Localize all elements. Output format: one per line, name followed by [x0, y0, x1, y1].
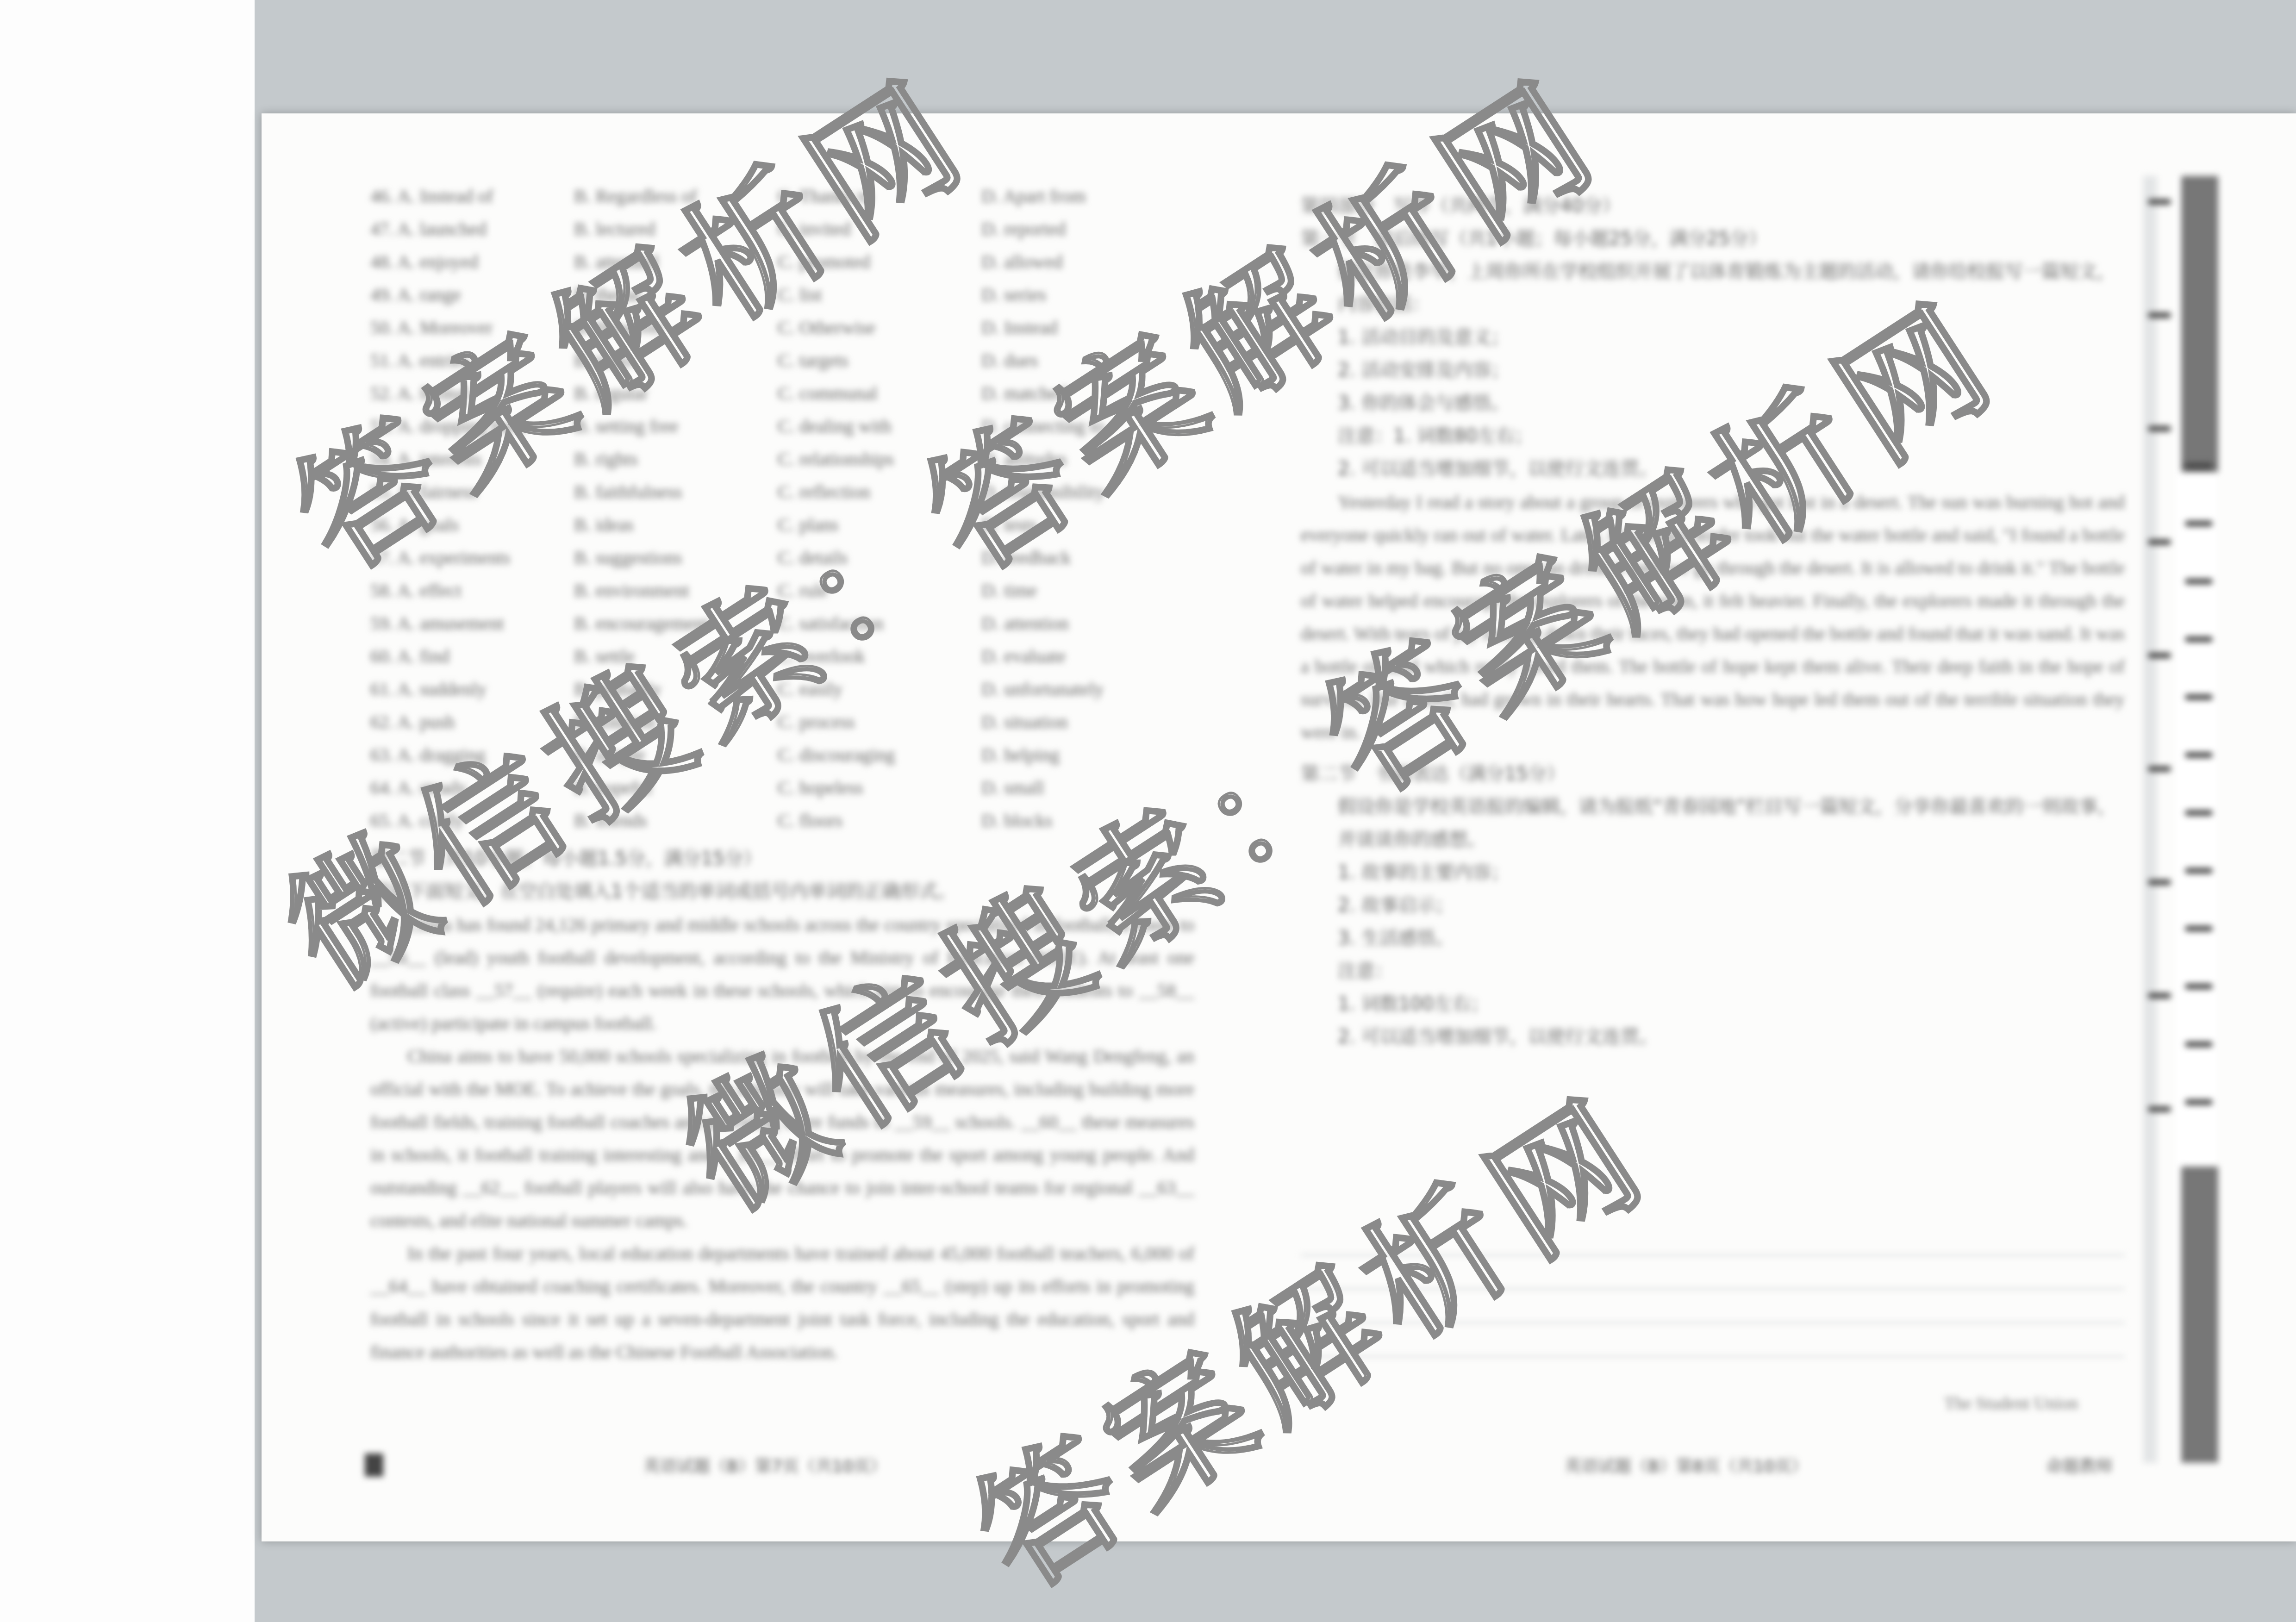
- option-cell: C. promoted: [778, 251, 981, 284]
- option-cell: 56. A. goals: [370, 514, 574, 547]
- option-cell: B. simple: [574, 744, 778, 777]
- option-row: 64. A. steadyB. hopefulC. hopelessD. sma…: [370, 777, 1194, 810]
- option-cell: C. communal: [778, 382, 981, 415]
- section2-instructions: 假设你是学校英语报的编辑，请为报纸“青春园地”栏目写一篇短文，分享你最喜欢的一则…: [1301, 791, 2125, 1054]
- option-cell: B. setting free: [574, 415, 778, 448]
- option-cell: D. responsibility: [981, 481, 1185, 514]
- section-instructions: 阅读下面短文，在空白处填入1个适当的单词或括号内单词的正确形式。: [370, 875, 1194, 908]
- option-cell: D. blocks: [981, 810, 1185, 842]
- instruction-line: 2. 可以适当增加细节，以使行文连贯。: [1301, 453, 2125, 486]
- strip-mark: [2185, 521, 2213, 526]
- option-cell: 49. A. range: [370, 284, 574, 317]
- option-cell: C. Otherwise: [778, 317, 981, 349]
- option-cell: 52. A. formal: [370, 382, 574, 415]
- strip-mark: [2148, 766, 2171, 772]
- option-cell: C. dealing with: [778, 415, 981, 448]
- option-cell: C. targets: [778, 349, 981, 382]
- strip-mark: [2185, 984, 2213, 989]
- strip-mark: [2185, 810, 2213, 816]
- option-cell: B. However: [574, 317, 778, 349]
- option-cell: D. dues: [981, 349, 1185, 382]
- section1-instructions: 假定你是李华，上周你所在学校组织开展了以体育锻炼为主题的活动，请你给校报写一篇短…: [1301, 256, 2125, 486]
- option-row: 50. A. MoreoverB. HoweverC. OtherwiseD. …: [370, 317, 1194, 349]
- option-cell: B. solution: [574, 711, 778, 744]
- strip-dark-bottom: [2181, 1167, 2218, 1463]
- option-cell: C. rule: [778, 580, 981, 612]
- option-cell: B. probably: [574, 678, 778, 711]
- options-table: 46. A. Instead ofB. Regardless ofC. Than…: [370, 185, 1194, 842]
- option-cell: D. attention: [981, 612, 1185, 645]
- passage-paragraph: China has found 24,126 primary and middl…: [370, 908, 1194, 1040]
- option-cell: B. lectured: [574, 218, 778, 251]
- strip-mark: [2185, 636, 2213, 642]
- signature: The Student Union: [1944, 1393, 2078, 1414]
- answer-lines: [1301, 1254, 2125, 1390]
- option-cell: B. faithfulness: [574, 481, 778, 514]
- option-row: 65. A. costlyB. friendsC. floorsD. block…: [370, 810, 1194, 842]
- option-cell: C. easily: [778, 678, 981, 711]
- section2-title: 第二节 书面表达（满分15分）: [1301, 758, 2125, 791]
- strip-mark: [2148, 993, 2171, 998]
- footer-left-page: 英语试题（B）第7页（共10页）: [643, 1454, 886, 1477]
- instruction-line: 3. 你的体会与感悟。: [1301, 387, 2125, 420]
- option-cell: 64. A. steady: [370, 777, 574, 810]
- option-cell: D. Instead: [981, 317, 1185, 349]
- option-cell: B. ideas: [574, 514, 778, 547]
- option-cell: C. hopeless: [778, 777, 981, 810]
- option-cell: 53. A. dropping back: [370, 415, 574, 448]
- option-row: 48. A. enjoyedB. attendedC. promotedD. a…: [370, 251, 1194, 284]
- strip-mark: [2148, 653, 2171, 658]
- option-cell: D. feedback: [981, 547, 1185, 580]
- option-cell: B. environment: [574, 580, 778, 612]
- option-cell: B. encouragement: [574, 612, 778, 645]
- option-cell: 65. A. costly: [370, 810, 574, 842]
- option-row: 53. A. dropping backB. setting freeC. de…: [370, 415, 1194, 448]
- passage: China has found 24,126 primary and middl…: [370, 908, 1194, 1368]
- option-row: 56. A. goalsB. ideasC. plansD. tests: [370, 514, 1194, 547]
- option-cell: D. allowed: [981, 251, 1185, 284]
- strip-mark: [2185, 868, 2213, 873]
- instruction-line: 1. 故事的主要内容；: [1301, 856, 2125, 889]
- option-cell: C. plans: [778, 514, 981, 547]
- footer-right-page: 英语试题（B）第8页（共10页）: [1565, 1454, 1808, 1477]
- option-row: 47. A. launchedB. lecturedC. invitedD. r…: [370, 218, 1194, 251]
- option-row: 58. A. effectB. environmentC. ruleD. tim…: [370, 580, 1194, 612]
- option-cell: B. regular: [574, 382, 778, 415]
- strip-mark: [2148, 539, 2171, 545]
- left-page-column: 46. A. Instead ofB. Regardless ofC. Than…: [370, 185, 1194, 1368]
- option-cell: C. Thanks to: [778, 185, 981, 218]
- instruction-line: 3. 生活感悟。: [1301, 922, 2125, 955]
- option-cell: D. tests: [981, 514, 1185, 547]
- option-cell: D. evaluate: [981, 645, 1185, 678]
- option-cell: 50. A. Moreover: [370, 317, 574, 349]
- option-row: 49. A. rangeB. themeC. listD. series: [370, 284, 1194, 317]
- option-cell: D. helping: [981, 744, 1185, 777]
- option-cell: 46. A. Instead of: [370, 185, 574, 218]
- option-cell: B. rights: [574, 448, 778, 481]
- instruction-line: 1. 活动目的及意义；: [1301, 321, 2125, 354]
- option-cell: D. small: [981, 777, 1185, 810]
- strip-mark: [2148, 199, 2171, 205]
- instruction-line: 注意：1. 词数80左右；: [1301, 420, 2125, 453]
- option-cell: 55. A. fairness: [370, 481, 574, 514]
- strip-mark: [2148, 1106, 2171, 1112]
- option-row: 63. A. draggingB. simpleC. discouragingD…: [370, 744, 1194, 777]
- strip-mark: [2185, 463, 2213, 468]
- binding-strip: [2143, 176, 2157, 1463]
- option-cell: C. list: [778, 284, 981, 317]
- instruction-line: 假设你是学校英语报的编辑，请为报纸“青春园地”栏目写一篇短文，分享你最喜欢的一则…: [1301, 791, 2125, 856]
- option-cell: C. reflection: [778, 481, 981, 514]
- option-cell: 54. A. interests: [370, 448, 574, 481]
- option-row: 57. A. experimentsB. suggestionsC. detai…: [370, 547, 1194, 580]
- strip-mark: [2185, 579, 2213, 584]
- option-cell: D. series: [981, 284, 1185, 317]
- option-cell: 60. A. find: [370, 645, 574, 678]
- option-cell: D. connecting to: [981, 415, 1185, 448]
- option-row: 59. A. amusementB. encouragementC. satis…: [370, 612, 1194, 645]
- passage-paragraph: China aims to have 50,000 schools specia…: [370, 1040, 1194, 1237]
- option-cell: D. situation: [981, 711, 1185, 744]
- instruction-line: 2. 可以适当增加细节，以使行文连贯。: [1301, 1021, 2125, 1054]
- footer-right-label: 命题教师: [2046, 1454, 2113, 1477]
- option-row: 60. A. findB. settleC. overlookD. evalua…: [370, 645, 1194, 678]
- option-cell: C. relationships: [778, 448, 981, 481]
- part-title: 第四部分 写作（共两节，满分40分）: [1301, 190, 2125, 223]
- option-cell: B. tasks: [574, 349, 778, 382]
- option-cell: 59. A. amusement: [370, 612, 574, 645]
- option-cell: D. reported: [981, 218, 1185, 251]
- instruction-line: 1. 词数100左右；: [1301, 988, 2125, 1021]
- section1-title: 第一节 读后续写（共1小题；每小题25分，满分25分）: [1301, 223, 2125, 256]
- option-cell: 47. A. launched: [370, 218, 574, 251]
- option-cell: C. overlook: [778, 645, 981, 678]
- option-row: 55. A. fairnessB. faithfulnessC. reflect…: [370, 481, 1194, 514]
- option-cell: C. details: [778, 547, 981, 580]
- option-row: 61. A. suddenlyB. probablyC. easilyD. un…: [370, 678, 1194, 711]
- option-cell: D. Apart from: [981, 185, 1185, 218]
- strip-mark: [2185, 1042, 2213, 1047]
- page-number-badge: [365, 1454, 383, 1477]
- instruction-line: 注意：: [1301, 955, 2125, 988]
- option-row: 46. A. Instead ofB. Regardless ofC. Than…: [370, 185, 1194, 218]
- option-row: 62. A. pushB. solutionC. processD. situa…: [370, 711, 1194, 744]
- option-cell: D. time: [981, 580, 1185, 612]
- strip-dark-top: [2181, 176, 2218, 472]
- option-cell: 62. A. push: [370, 711, 574, 744]
- option-cell: 58. A. effect: [370, 580, 574, 612]
- option-cell: B. attended: [574, 251, 778, 284]
- section-title: 第二节（共10小题；每小题1.5分，满分15分）: [370, 842, 1194, 875]
- right-page-column: 第四部分 写作（共两节，满分40分） 第一节 读后续写（共1小题；每小题25分，…: [1301, 190, 2125, 1054]
- option-cell: 63. A. dragging: [370, 744, 574, 777]
- strip-mark: [2148, 312, 2171, 318]
- strip-mark: [2148, 426, 2171, 431]
- option-cell: B. friends: [574, 810, 778, 842]
- option-cell: 51. A. entries: [370, 349, 574, 382]
- instruction-line: 2. 故事启示；: [1301, 889, 2125, 922]
- option-cell: 57. A. experiments: [370, 547, 574, 580]
- option-row: 51. A. entriesB. tasksC. targetsD. dues: [370, 349, 1194, 382]
- strip-mark: [2185, 1099, 2213, 1105]
- option-cell: C. invited: [778, 218, 981, 251]
- option-cell: C. floors: [778, 810, 981, 842]
- strip-mark: [2185, 926, 2213, 931]
- strip-mark: [2185, 752, 2213, 758]
- passage-paragraph: In the past four years, local education …: [370, 1237, 1194, 1368]
- option-cell: 48. A. enjoyed: [370, 251, 574, 284]
- strip-mark: [2148, 880, 2171, 885]
- option-row: 52. A. formalB. regularC. communalD. mat…: [370, 382, 1194, 415]
- strip-mark: [2185, 694, 2213, 700]
- option-row: 54. A. interestsB. rightsC. relationship…: [370, 448, 1194, 481]
- option-cell: B. settle: [574, 645, 778, 678]
- option-cell: D. matched: [981, 382, 1185, 415]
- option-cell: B. hopeful: [574, 777, 778, 810]
- option-cell: 61. A. suddenly: [370, 678, 574, 711]
- option-cell: D. unfortunately: [981, 678, 1185, 711]
- option-cell: B. Regardless of: [574, 185, 778, 218]
- option-cell: C. discouraging: [778, 744, 981, 777]
- option-cell: B. theme: [574, 284, 778, 317]
- option-cell: C. process: [778, 711, 981, 744]
- option-cell: C. satisfaction: [778, 612, 981, 645]
- instruction-line: 假定你是李华，上周你所在学校组织开展了以体育锻炼为主题的活动，请你给校报写一篇短…: [1301, 256, 2125, 321]
- option-cell: B. suggestions: [574, 547, 778, 580]
- instruction-line: 2. 活动安排及内容；: [1301, 354, 2125, 387]
- story-passage: Yesterday I read a story about a group o…: [1301, 486, 2125, 749]
- option-cell: D. attitudes: [981, 448, 1185, 481]
